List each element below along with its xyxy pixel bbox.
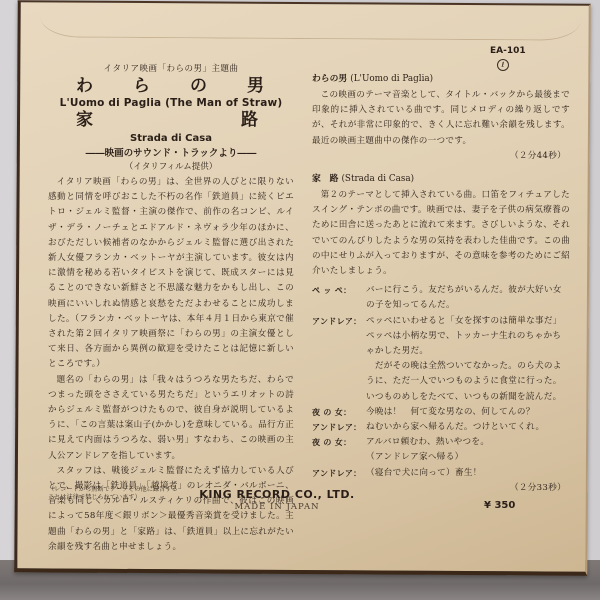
made-in: MADE IN JAPAN (182, 502, 372, 512)
duration: （２分44秒） (312, 149, 570, 164)
speech: 今晩は！ 何て変な男なの、何してんの？ (366, 405, 570, 420)
speech: （アンドレア家へ帰る） (366, 450, 570, 465)
section-title-latin: (Strada di Casa) (341, 174, 414, 184)
speaker (312, 450, 366, 465)
paragraph: 第２のテーマとして挿入されている曲。口笛をフィチュアしたスイング・テンポの曲です… (312, 188, 570, 279)
paragraph: イタリア映画「わらの男」は、全世界の人びとに限りない感動と同情を呼びおこした不朽… (48, 175, 294, 373)
paragraph: 題名の「わらの男」は「我々はうつろな男たちだ、わらでつまった頭をささえている男た… (48, 373, 294, 464)
dialog-line: （アンドレア家へ帰る） (312, 450, 570, 465)
dialog-lines: ペ ッ ペ：バーに行こう。友だちがいるんだ。彼が大好い女の子を知ってるんだ。 ア… (312, 283, 570, 496)
speech: ペッペにいわせると「女を探すのは簡単な事だ」ペッペは小柄な男で、トッカーナ生れの… (366, 314, 570, 360)
speech: ねむいから家へ帰るんだ。つけといてくれ。 (366, 420, 570, 435)
title-waranootoko: わ ら の 男 (48, 76, 294, 96)
speaker: 夜 の 女： (312, 435, 366, 450)
sleeve-flap-fold (41, 8, 581, 40)
dialog-line: アンドレア：ペッペにいわせると「女を探すのは簡単な事だ」ペッペは小柄な男で、トッ… (312, 314, 570, 360)
section-text-1: この映画のテーマ音楽として、タイトル・バックから最後まで印象的に挿入されている曲… (312, 88, 570, 164)
title-char: ら (133, 76, 150, 96)
record-label-name: KING RECORD CO., LTD. (182, 488, 372, 501)
dialog-line: だがその晩は全然ついてなかった。のら犬のように、ただ一人でいつものように食堂に行… (312, 359, 570, 405)
speech: だがその晩は全然ついてなかった。のら犬のように、ただ一人でいつものように食堂に行… (366, 359, 570, 405)
speaker: アンドレア： (312, 314, 366, 360)
right-column: わらの男 (L'Uomo di Paglia) この映画のテーマ音楽として、タイ… (312, 62, 570, 496)
section-title: 家 路 (312, 174, 338, 184)
title-char: わ (76, 76, 93, 96)
title-char: の (190, 76, 207, 96)
dialog-line: アンドレア：ねむいから家へ帰るんだ。つけといてくれ。 (312, 420, 570, 435)
provided-by: （イタリフィルム提供） (48, 160, 294, 172)
section-title-latin: (L'Uomo di Paglia) (350, 74, 433, 84)
section-heading-1: わらの男 (L'Uomo di Paglia) (312, 72, 570, 87)
section-title: わらの男 (312, 74, 347, 84)
dialog-line: 夜 の 女：アルバロ頼むわ、熱いやつを。 (312, 435, 570, 450)
speaker: アンドレア： (312, 466, 366, 481)
title-char: 男 (247, 76, 264, 96)
price: ¥ 350 (484, 500, 515, 511)
speaker: ペ ッ ペ： (312, 283, 366, 313)
section-text-2: 第２のテーマとして挿入されている曲。口笛をフィチュアしたスイング・テンポの曲です… (312, 188, 570, 279)
dialog-line: ペ ッ ペ：バーに行こう。友だちがいるんだ。彼が大好い女の子を知ってるんだ。 (312, 283, 570, 313)
title-italian-1: L'Uomo di Paglia (The Man of Straw) (48, 97, 294, 109)
paragraph: この映画のテーマ音楽として、タイトル・バックから最後まで印象的に挿入されている曲… (312, 88, 570, 149)
film-subtitle: イタリア映画「わらの男」主題曲 (48, 62, 294, 74)
dialog-line: 夜 の 女：今晩は！ 何て変な男なの、何してんの？ (312, 405, 570, 420)
left-column: イタリア映画「わらの男」主題曲 わ ら の 男 L'Uomo di Paglia… (48, 62, 294, 555)
catalog-number: EA-101 (490, 46, 526, 56)
speech: バーに行こう。友だちがいるんだ。彼が大好い女の子を知ってるんだ。 (366, 283, 570, 313)
title-italian-2: Strada di Casa (48, 133, 294, 144)
soundtrack-caption: ――映画のサウンド・トラックより―― (48, 145, 294, 159)
speaker: アンドレア： (312, 420, 366, 435)
speaker: 夜 の 女： (312, 405, 366, 420)
section-heading-2: 家 路 (Strada di Casa) (312, 172, 570, 187)
copyright-notice: （レコードから無断でテープその他に録音することは法律で禁じられています） (48, 486, 178, 502)
title-ieji: 家 路 (48, 110, 294, 130)
speech: （寝台で犬に向って）畜生！ (366, 466, 570, 481)
title-char: 家 (76, 110, 93, 130)
title-char: 路 (241, 110, 258, 130)
speech: アルバロ頼むわ、熱いやつを。 (366, 435, 570, 450)
dialog-line: アンドレア：（寝台で犬に向って）畜生！ (312, 466, 570, 481)
speaker (312, 359, 366, 405)
